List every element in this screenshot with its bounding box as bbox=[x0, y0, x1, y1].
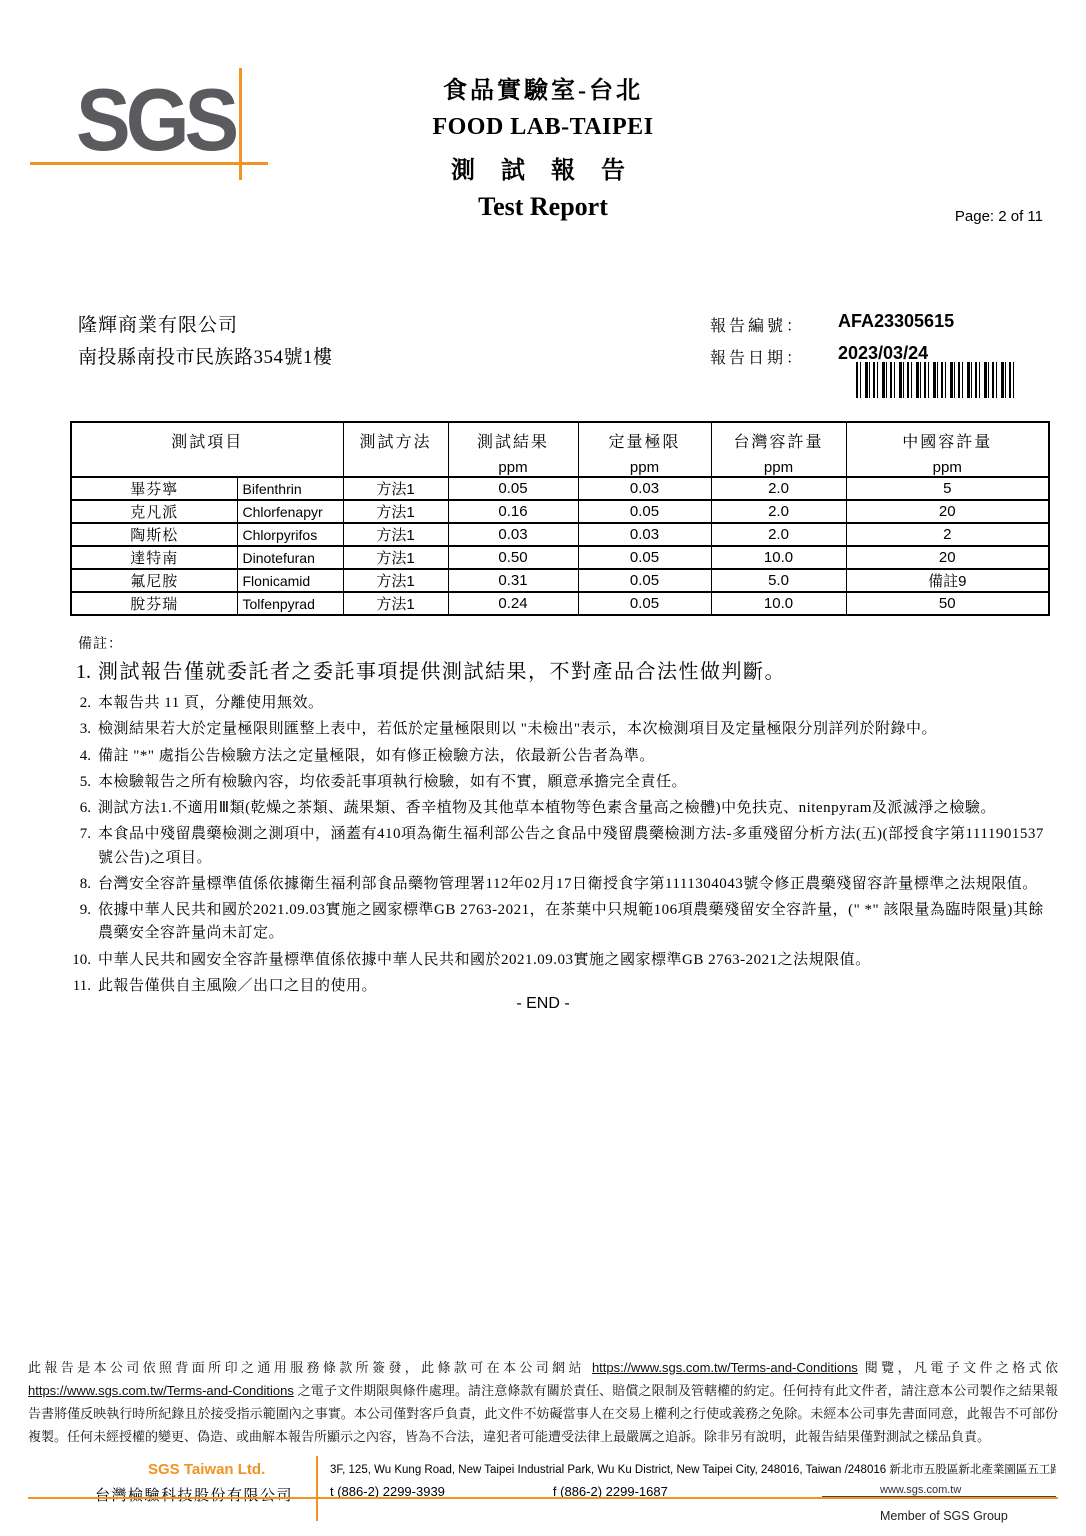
col-header-result: 測試結果ppm bbox=[448, 422, 578, 477]
table-row: 達特南 Dinotefuran 方法1 0.50 0.05 10.0 20 bbox=[71, 546, 1049, 569]
note-item: 1.測試報告僅就委託者之委託事項提供測試結果，不對產品合法性做判斷。 bbox=[62, 658, 1054, 686]
analyte-name-en: Tolfenpyrad bbox=[237, 592, 343, 615]
analyte-name-en: Dinotefuran bbox=[237, 546, 343, 569]
barcode-icon bbox=[856, 362, 1014, 398]
loq-value: 0.03 bbox=[578, 523, 711, 546]
note-item: 9.依據中華人民共和國於2021.09.03實施之國家標準GB 2763-202… bbox=[62, 899, 1054, 946]
loq-value: 0.05 bbox=[578, 546, 711, 569]
legal-text: 此報告是本公司依照背面所印之通用服務條款所簽發，此條款可在本公司網站 bbox=[28, 1360, 592, 1375]
client-address: 南投縣南投市民族路354號1樓 bbox=[78, 342, 333, 369]
footer-vertical-divider bbox=[316, 1456, 318, 1521]
loq-value: 0.05 bbox=[578, 569, 711, 592]
table-row: 畢芬寧 Bifenthrin 方法1 0.05 0.03 2.0 5 bbox=[71, 477, 1049, 500]
note-item: 10.中華人民共和國安全容許量標準值係依據中華人民共和國於2021.09.03實… bbox=[62, 949, 1054, 972]
lab-title-zh: 食品實驗室-台北 bbox=[0, 70, 1086, 105]
note-item: 6.測試方法1.不適用Ⅲ類(乾燥之茶類、蔬果類、香辛植物及其他草本植物等色素含量… bbox=[62, 797, 1054, 820]
table-row: 陶斯松 Chlorpyrifos 方法1 0.03 0.03 2.0 2 bbox=[71, 523, 1049, 546]
terms-link[interactable]: https://www.sgs.com.tw/Terms-and-Conditi… bbox=[28, 1383, 294, 1398]
analyte-name-zh: 達特南 bbox=[71, 546, 237, 569]
analyte-name-en: Flonicamid bbox=[237, 569, 343, 592]
analyte-name-zh: 克凡派 bbox=[71, 500, 237, 523]
analyte-name-zh: 畢芬寧 bbox=[71, 477, 237, 500]
test-method: 方法1 bbox=[343, 477, 448, 500]
footer-address: 3F, 125, Wu Kung Road, New Taipei Indust… bbox=[330, 1461, 1056, 1477]
analyte-name-zh: 脫芬瑞 bbox=[71, 592, 237, 615]
note-item: 2.本報告共 11 頁，分離使用無效。 bbox=[62, 692, 1054, 715]
note-item: 4.備註 "*" 處指公告檢驗方法之定量極限，如有修正檢驗方法，依最新公告者為準… bbox=[62, 745, 1054, 768]
tw-limit: 10.0 bbox=[711, 592, 846, 615]
loq-value: 0.05 bbox=[578, 500, 711, 523]
results-table: 測試項目 測試方法 測試結果ppm 定量極限ppm 台灣容許量ppm 中國容許量… bbox=[70, 421, 1050, 616]
report-no-value: AFA23305615 bbox=[838, 311, 954, 332]
test-result: 0.16 bbox=[448, 500, 578, 523]
analyte-name-en: Bifenthrin bbox=[237, 477, 343, 500]
tw-limit: 2.0 bbox=[711, 523, 846, 546]
test-method: 方法1 bbox=[343, 569, 448, 592]
test-result: 0.50 bbox=[448, 546, 578, 569]
tw-limit: 2.0 bbox=[711, 477, 846, 500]
test-report-page: SGS 食品實驗室-台北 FOOD LAB-TAIPEI 測 試 報 告 Tes… bbox=[0, 0, 1086, 1536]
report-header: 食品實驗室-台北 FOOD LAB-TAIPEI 測 試 報 告 Test Re… bbox=[0, 70, 1086, 222]
loq-value: 0.03 bbox=[578, 477, 711, 500]
analyte-name-zh: 陶斯松 bbox=[71, 523, 237, 546]
footer-orange-rule bbox=[28, 1497, 1058, 1499]
report-title-en: Test Report bbox=[0, 192, 1086, 222]
report-date-value: 2023/03/24 bbox=[838, 343, 928, 364]
footer-website-link[interactable]: www.sgs.com.tw bbox=[880, 1484, 961, 1496]
client-name: 隆輝商業有限公司 bbox=[78, 310, 238, 337]
tw-limit: 5.0 bbox=[711, 569, 846, 592]
analyte-name-en: Chlorfenapyr bbox=[237, 500, 343, 523]
cn-limit: 20 bbox=[846, 546, 1049, 569]
test-method: 方法1 bbox=[343, 500, 448, 523]
tw-limit: 2.0 bbox=[711, 500, 846, 523]
footer-member-text: Member of SGS Group bbox=[880, 1509, 1008, 1523]
tw-limit: 10.0 bbox=[711, 546, 846, 569]
notes-section: 備註： 1.測試報告僅就委託者之委託事項提供測試結果，不對產品合法性做判斷。 2… bbox=[62, 633, 1054, 998]
note-item: 8.台灣安全容許量標準值係依據衛生福利部食品藥物管理署112年02月17日衛授食… bbox=[62, 873, 1054, 896]
table-row: 氟尼胺 Flonicamid 方法1 0.31 0.05 5.0 備註9 bbox=[71, 569, 1049, 592]
col-header-cn-limit: 中國容許量ppm bbox=[846, 422, 1049, 477]
note-item: 3.檢測結果若大於定量極限則匯整上表中，若低於定量極限則以 "未檢出"表示，本次… bbox=[62, 718, 1054, 741]
notes-title: 備註： bbox=[78, 633, 1054, 653]
test-method: 方法1 bbox=[343, 546, 448, 569]
test-method: 方法1 bbox=[343, 523, 448, 546]
col-header-item: 測試項目 bbox=[71, 422, 343, 477]
test-result: 0.31 bbox=[448, 569, 578, 592]
test-result: 0.05 bbox=[448, 477, 578, 500]
note-item: 7.本食品中殘留農藥檢測之測項中，涵蓋有410項為衛生福利部公告之食品中殘留農藥… bbox=[62, 823, 1054, 870]
end-marker: - END - bbox=[0, 995, 1086, 1013]
note-item: 5.本檢驗報告之所有檢驗內容，均依委託事項執行檢驗，如有不實，願意承擔完全責任。 bbox=[62, 771, 1054, 794]
footer-company-en: SGS Taiwan Ltd. bbox=[148, 1461, 265, 1478]
test-result: 0.03 bbox=[448, 523, 578, 546]
cn-limit: 20 bbox=[846, 500, 1049, 523]
test-result: 0.24 bbox=[448, 592, 578, 615]
footer-legal-text: 此報告是本公司依照背面所印之通用服務條款所簽發，此條款可在本公司網站 https… bbox=[28, 1356, 1058, 1448]
legal-text: 閱覽，凡電子文件之格式依 bbox=[858, 1360, 1058, 1375]
table-header-row: 測試項目 測試方法 測試結果ppm 定量極限ppm 台灣容許量ppm 中國容許量… bbox=[71, 422, 1049, 477]
table-row: 克凡派 Chlorfenapyr 方法1 0.16 0.05 2.0 20 bbox=[71, 500, 1049, 523]
cn-limit: 2 bbox=[846, 523, 1049, 546]
col-header-loq: 定量極限ppm bbox=[578, 422, 711, 477]
test-method: 方法1 bbox=[343, 592, 448, 615]
cn-limit: 50 bbox=[846, 592, 1049, 615]
col-header-tw-limit: 台灣容許量ppm bbox=[711, 422, 846, 477]
footer-company-zh: 台灣檢驗科技股份有限公司 bbox=[95, 1484, 293, 1505]
loq-value: 0.05 bbox=[578, 592, 711, 615]
page-number: Page: 2 of 11 bbox=[955, 208, 1043, 225]
analyte-name-zh: 氟尼胺 bbox=[71, 569, 237, 592]
report-title-zh: 測 試 報 告 bbox=[0, 150, 1086, 185]
cn-limit: 5 bbox=[846, 477, 1049, 500]
report-no-label: 報告編號： bbox=[710, 313, 805, 336]
lab-title-en: FOOD LAB-TAIPEI bbox=[0, 114, 1086, 141]
analyte-name-en: Chlorpyrifos bbox=[237, 523, 343, 546]
col-header-method: 測試方法 bbox=[343, 422, 448, 477]
table-row: 脫芬瑞 Tolfenpyrad 方法1 0.24 0.05 10.0 50 bbox=[71, 592, 1049, 615]
terms-link[interactable]: https://www.sgs.com.tw/Terms-and-Conditi… bbox=[592, 1360, 858, 1375]
cn-limit: 備註9 bbox=[846, 569, 1049, 592]
report-date-label: 報告日期： bbox=[710, 345, 805, 368]
